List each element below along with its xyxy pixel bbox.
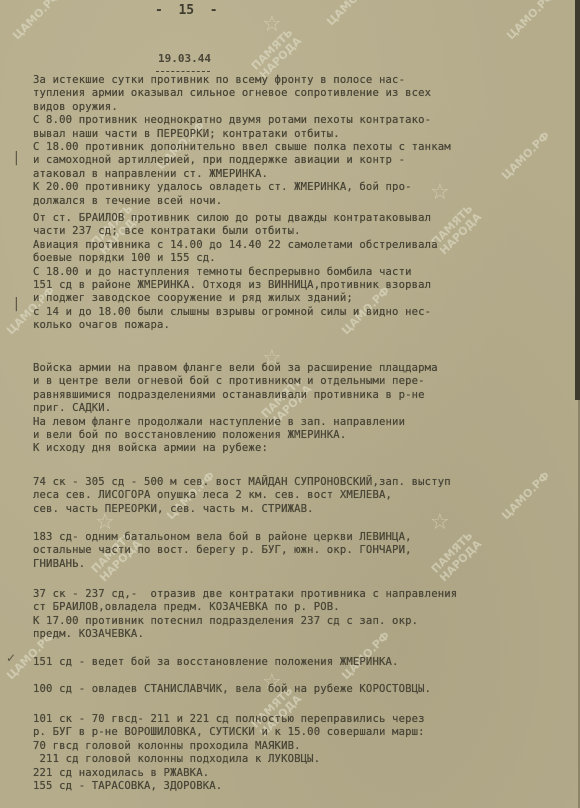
text-line: 221 сд находилась в РЖАВКА. — [33, 767, 425, 780]
tsamo-watermark: ЦАМО.РФ — [500, 130, 552, 182]
text-line: К исходу дня войска армии на рубеже: — [33, 442, 438, 455]
tsamo-watermark: ЦАМО.РФ — [500, 470, 552, 522]
paragraph: От ст. БРАИЛОВ противник силою до роты д… — [33, 212, 438, 333]
text-line: К 17.00 противник потеснил подразделения… — [33, 615, 457, 628]
archival-document-page: ☆ ПАМЯТЬ НАРОДА ЦАМО.РФ ЦАМО.РФ ЦАМО.РФ … — [0, 0, 580, 808]
text-line: и вели бой по восстановлению положения Ж… — [33, 429, 438, 442]
text-line: Авиация противника с 14.00 до 14.40 22 с… — [33, 239, 438, 252]
paragraph: 101 ск - 70 гвсд- 211 и 221 сд полностью… — [33, 713, 425, 793]
tsamo-watermark: ЦАМО.РФ — [325, 0, 377, 28]
text-line: части 237 сд; все контратаки были отбиты… — [33, 225, 438, 238]
text-line: р. БУГ в р-не ВОРОШИЛОВКА, СУТИСКИ и к 1… — [33, 726, 425, 739]
text-line: видов оружия. — [33, 101, 451, 114]
margin-tick-mark: | — [14, 150, 19, 166]
text-line: боевые порядки 100 и 155 сд. — [33, 252, 438, 265]
text-line: Войска армии на правом фланге вели бой з… — [33, 362, 438, 375]
page-number: - 15 - — [155, 3, 218, 18]
text-line: и в центре вели огневой бой с противнико… — [33, 375, 438, 388]
text-line: и самоходной артиллерией, при поддержке … — [33, 154, 451, 167]
star-watermark-icon: ☆ — [262, 12, 282, 37]
text-line: К 20.00 противнику удалось овладеть ст. … — [33, 181, 451, 194]
tsamo-watermark: ЦАМО.РФ — [11, 0, 63, 42]
text-line: 101 ск - 70 гвсд- 211 и 221 сд полностью… — [33, 713, 425, 726]
text-line: С 18.00 и до наступления темноты беспрер… — [33, 266, 438, 279]
text-line: сев. часть ПЕРЕОРКИ, сев. часть м. СТРИЖ… — [33, 503, 451, 516]
paragraph: 74 ск - 305 сд - 500 м сев. вост МАЙДАН … — [33, 476, 451, 516]
text-line: атаковал в направлении ст. ЖМЕРИНКА. — [33, 168, 451, 181]
paragraph: За истекшие сутки противник по всему фро… — [33, 74, 451, 208]
text-line: На левом фланге продолжали наступление в… — [33, 416, 438, 429]
scan-edge-shadow — [575, 0, 580, 400]
checkmark-icon: ✓ — [6, 651, 16, 665]
paragraph: Войска армии на правом фланге вели бой з… — [33, 362, 438, 456]
text-line: с 14 и до 18.00 были слышны взрывы огром… — [33, 306, 438, 319]
text-line: колько очагов пожара. — [33, 319, 438, 332]
paragraph: 183 сд- одним батальоном вела бой в райо… — [33, 531, 412, 571]
paragraph: 37 ск - 237 сд,- отразив две контратаки … — [33, 588, 457, 642]
pamyat-naroda-watermark: ПАМЯТЬ НАРОДА — [429, 530, 484, 585]
report-date: 19.03.44 — [158, 52, 211, 65]
text-line: остальные части по вост. берегу р. БУГ, … — [33, 544, 412, 557]
tsamo-watermark: ЦАМО.РФ — [505, 0, 557, 42]
text-line: 151 сд - ведет бой за восстановление пол… — [33, 656, 399, 669]
text-line: леса сев. ЛИСОГОРА опушка леса 2 км. сев… — [33, 489, 451, 502]
text-line: 74 ск - 305 сд - 500 м сев. вост МАЙДАН … — [33, 476, 451, 489]
text-line: должался в течение всей ночи. — [33, 195, 451, 208]
text-line: От ст. БРАИЛОВ противник силою до роты д… — [33, 212, 438, 225]
text-line: равнявшимися подразделениями останавлива… — [33, 389, 438, 402]
text-line: 37 ск - 237 сд,- отразив две контратаки … — [33, 588, 457, 601]
text-line: 151 сд в районе ЖМЕРИНКА. Отходя из ВИНН… — [33, 279, 438, 292]
text-line: За истекшие сутки противник по всему фро… — [33, 74, 451, 87]
text-line: 100 сд - овладев СТАНИСЛАВЧИК, вела бой … — [33, 683, 431, 696]
text-line: вывал наши части в ПЕРЕОРКИ; контратаки … — [33, 128, 451, 141]
text-line: 211 сд головой колонны подходила к ЛУКОВ… — [33, 753, 425, 766]
text-line: предм. КОЗАЧЕВКА. — [33, 628, 457, 641]
paragraph: 100 сд - овладев СТАНИСЛАВЧИК, вела бой … — [33, 683, 431, 696]
text-line: тупления армии оказывал сильное огневое … — [33, 87, 451, 100]
text-line: ст БРАИЛОВ,овладела предм. КОЗАЧЕВКА по … — [33, 601, 457, 614]
text-line: ГНИВАНЬ. — [33, 558, 412, 571]
text-line: 155 сд - ТАРАСОВКА, ЗДОРОВКА. — [33, 780, 425, 793]
text-line: 70 гвсд головой колонны проходила МАЯКИВ… — [33, 740, 425, 753]
text-line: 183 сд- одним батальоном вела бой в райо… — [33, 531, 412, 544]
text-line: С 8.00 противник неоднократно двумя рота… — [33, 114, 451, 127]
margin-tick-mark: | — [14, 296, 19, 312]
text-line: С 18.00 противник дополнительно ввел свы… — [33, 141, 451, 154]
paragraph: 151 сд - ведет бой за восстановление пол… — [33, 656, 399, 669]
date-underline — [156, 71, 210, 72]
text-line: и поджег заводское сооружение и ряд жилы… — [33, 292, 438, 305]
text-line: приг. САДКИ. — [33, 402, 438, 415]
